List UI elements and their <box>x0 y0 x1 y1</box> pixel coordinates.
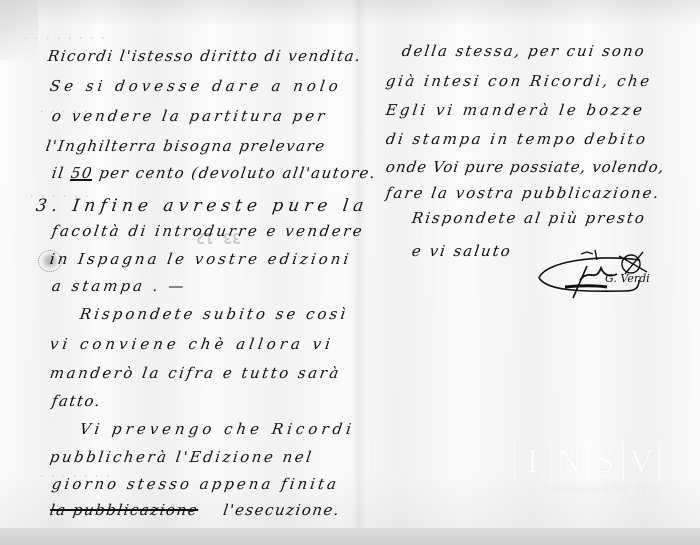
handwritten-line: Vi prevengo che Ricordi <box>79 420 357 438</box>
handwritten-line: in Ispagna le vostre edizioni <box>49 250 353 268</box>
handwritten-line: della stessa, per cui sono <box>401 42 647 60</box>
watermark-letter: S <box>588 443 624 481</box>
handwritten-line: giorno stesso appena finita <box>51 475 341 493</box>
handwritten-line: Egli vi manderà le bozze <box>385 101 646 119</box>
insv-watermark: I N S V Istituto Nazionale di Studi Verd… <box>514 443 660 507</box>
svg-text:G. Verdi: G. Verdi <box>605 272 650 285</box>
handwritten-line: o vendere la partitura per <box>51 107 329 125</box>
bleed-through-text: · · · · · · · · <box>24 32 106 45</box>
handwritten-line: facoltà di introdurre e vendere <box>51 222 366 240</box>
handwritten-line: di stampa in tempo debito <box>385 130 649 148</box>
struck-out-word: la pubblicazione <box>49 501 200 519</box>
handwritten-line: già intesi con Ricordi, che <box>385 72 653 90</box>
handwritten-line: fare la vostra pubblicazione. <box>385 184 662 202</box>
line-word: l'esecuzione. <box>222 501 342 519</box>
handwritten-line-percentage: il 50 per cento (devoluto all'autore. <box>51 164 378 182</box>
watermark-letter: I <box>515 443 551 481</box>
signature-flourish-icon: G. Verdi <box>535 238 660 300</box>
folded-corner <box>0 0 38 60</box>
handwritten-line-point-3: 3. Infine avreste pure la <box>35 196 370 216</box>
handwritten-line: fatto. <box>51 392 103 410</box>
percentage-value: 50 <box>70 164 95 182</box>
handwritten-line-correction: la pubblicazione l'esecuzione. <box>49 501 342 519</box>
watermark-caption: Istituto Nazionale di Studi Verdiani Fon… <box>514 484 660 504</box>
handwritten-line: e vi saluto <box>411 242 513 260</box>
handwritten-line: l'Inghilterra bisogna prelevare <box>45 137 327 155</box>
center-fold-crease <box>352 0 366 528</box>
handwritten-line: pubblicherà l'Edizione nel <box>49 448 315 466</box>
line-word: il <box>51 164 66 182</box>
handwritten-line: Rispondete subito se così <box>79 305 350 323</box>
handwritten-line: a stampa . — <box>51 277 188 295</box>
scan-bottom-edge <box>0 528 700 545</box>
watermark-letter: N <box>551 443 587 481</box>
watermark-letter: V <box>624 443 660 481</box>
handwritten-line: Se si dovesse dare a nolo <box>49 77 343 95</box>
watermark-institute-name: Istituto Nazionale di Studi Verdiani <box>514 484 658 494</box>
line-word: per cento (devoluto all'autore. <box>98 164 377 182</box>
handwritten-line: Rispondete al più presto <box>411 209 648 227</box>
watermark-letters: I N S V <box>514 443 660 481</box>
handwritten-line: onde Voi pure possiate, volendo, <box>385 158 666 176</box>
handwritten-line: manderò la cifra e tutto sarà <box>49 364 342 382</box>
handwritten-line: Ricordi l'istesso diritto di vendita. <box>47 47 363 65</box>
watermark-foundation-label: Fondazione <box>514 494 658 504</box>
handwritten-line: vi conviene chè allora vi <box>49 335 336 353</box>
